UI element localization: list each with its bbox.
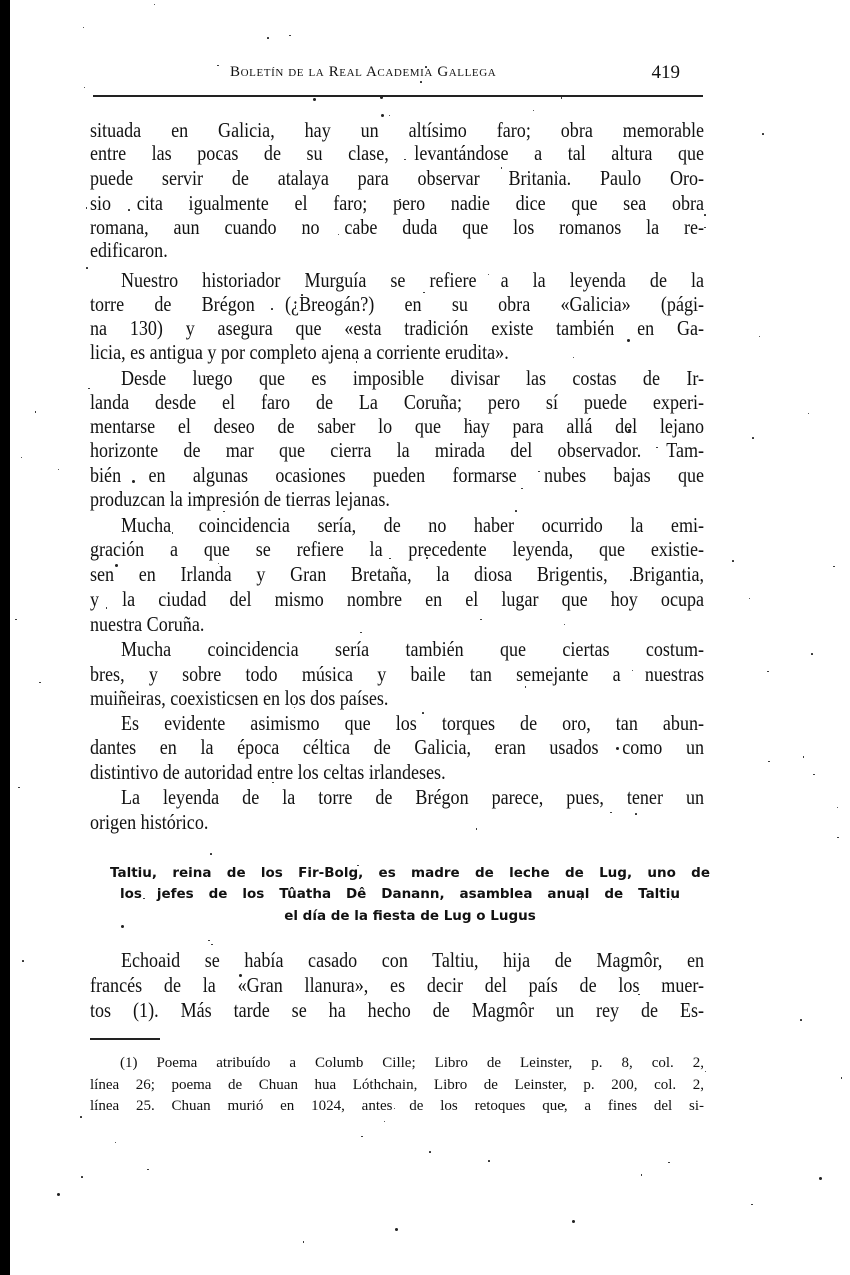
- footnote-line: (1) Poema atribuído a Columb Cille; Libr…: [90, 1053, 704, 1073]
- noise-speck: [15, 619, 17, 621]
- noise-speck: [800, 1019, 802, 1021]
- noise-speck: [813, 774, 815, 776]
- noise-speck: [425, 66, 427, 68]
- noise-speck: [80, 1116, 82, 1118]
- noise-speck: [35, 411, 37, 413]
- text-line: entre las pocas de su clase, levantándos…: [90, 141, 704, 165]
- noise-speck: [58, 469, 60, 471]
- text-line: muiñeiras, coexisticsen en los dos paíse…: [90, 686, 704, 710]
- page-number: 419: [652, 62, 681, 84]
- noise-speck: [837, 807, 839, 809]
- noise-speck: [641, 1174, 643, 1176]
- text-line: Es evidente asimismo que los torques de …: [90, 711, 704, 735]
- section-heading-line: los jefes de los Tûatha Dê Danann, asamb…: [120, 884, 680, 904]
- noise-speck: [581, 898, 583, 900]
- noise-speck: [361, 1136, 363, 1138]
- noise-speck: [381, 114, 384, 117]
- text-line: y la ciudad del mismo nombre en el lugar…: [90, 587, 704, 611]
- noise-speck: [200, 495, 202, 497]
- text-line: produzcan la impresión de tierras lejana…: [90, 487, 704, 511]
- noise-speck: [272, 782, 274, 784]
- text-line: Echoaid se había casado con Taltiu, hija…: [90, 948, 704, 972]
- noise-speck: [81, 1176, 83, 1178]
- noise-speck: [732, 560, 734, 562]
- text-line: La leyenda de la torre de Brégon parece,…: [90, 785, 704, 809]
- noise-speck: [128, 209, 130, 211]
- noise-speck: [115, 1142, 117, 1144]
- scan-edge: [0, 0, 10, 1275]
- noise-speck: [380, 96, 383, 99]
- text-line: puede servir de atalaya para observar Br…: [90, 166, 704, 190]
- noise-speck: [819, 1177, 822, 1180]
- text-line: Nuestro historiador Murguía se refiere a…: [90, 268, 704, 292]
- noise-speck: [86, 267, 88, 269]
- text-line: bres, y sobre todo música y baile tan se…: [90, 662, 704, 686]
- noise-speck: [538, 471, 540, 473]
- running-title: Boletín de la Real Academia Gallega: [230, 64, 496, 81]
- footnote-line: línea 26; poema de Chuan hua Lóthchain, …: [90, 1075, 704, 1095]
- noise-speck: [21, 457, 23, 459]
- footnote-rule: [90, 1038, 160, 1040]
- text-line: na 130) y asegura que «esta tradición ex…: [90, 316, 704, 340]
- text-line: francés de la «Gran llanura», es decir d…: [90, 973, 704, 997]
- text-line: Mucha coincidencia sería, de no haber oc…: [90, 513, 704, 537]
- noise-speck: [57, 1193, 60, 1196]
- noise-speck: [211, 944, 213, 946]
- noise-speck: [803, 756, 805, 758]
- noise-speck: [313, 98, 316, 101]
- noise-speck: [704, 214, 706, 216]
- noise-speck: [668, 1162, 670, 1164]
- noise-speck: [811, 653, 813, 655]
- noise-speck: [422, 712, 424, 714]
- noise-speck: [429, 1151, 431, 1153]
- noise-speck: [616, 747, 619, 750]
- text-line: situada en Galicia, hay un altísimo faro…: [90, 118, 704, 142]
- noise-speck: [106, 607, 108, 609]
- noise-speck: [289, 35, 291, 37]
- noise-speck: [208, 940, 210, 942]
- noise-speck: [808, 413, 810, 415]
- header-rule: [93, 95, 703, 97]
- running-header: Boletín de la Real Academia Gallega 419: [90, 62, 702, 86]
- noise-speck: [635, 813, 637, 815]
- text-line: gración a que se refiere la precedente l…: [90, 537, 704, 561]
- noise-speck: [656, 447, 658, 449]
- text-line: horizonte de mar que cierra la mirada de…: [90, 438, 704, 462]
- noise-speck: [561, 97, 563, 99]
- noise-speck: [84, 87, 86, 89]
- noise-speck: [768, 761, 770, 763]
- noise-speck: [752, 437, 754, 439]
- noise-speck: [627, 339, 630, 342]
- noise-speck: [210, 853, 212, 855]
- noise-speck: [420, 81, 422, 83]
- section-heading-line: el día de la fiesta de Lug o Lugus: [110, 906, 710, 926]
- noise-speck: [638, 994, 640, 996]
- text-line: distintivo de autoridad entre los celtas…: [90, 760, 704, 784]
- noise-speck: [39, 682, 41, 684]
- noise-speck: [88, 388, 90, 390]
- text-line: edificaron.: [90, 238, 704, 262]
- noise-speck: [837, 837, 839, 839]
- noise-speck: [395, 1228, 398, 1231]
- noise-speck: [121, 925, 124, 928]
- noise-speck: [301, 294, 303, 296]
- noise-speck: [476, 828, 478, 830]
- noise-speck: [767, 671, 769, 673]
- noise-speck: [759, 336, 761, 338]
- text-line: romana, aun cuando no cabe duda que los …: [90, 215, 704, 239]
- text-line: dantes en la época céltica de Galicia, e…: [90, 735, 704, 759]
- section-heading-line: Taltiu, reina de los Fir-Bolg, es madre …: [110, 863, 710, 883]
- text-line: licia, es antigua y por completo ajena a…: [90, 340, 704, 364]
- text-line: Desde luego que es imposible divisar las…: [90, 366, 704, 390]
- noise-speck: [384, 1121, 386, 1123]
- text-line: mentarse el deseo de saber lo que hay pa…: [90, 414, 704, 438]
- noise-speck: [630, 579, 632, 581]
- noise-speck: [515, 510, 517, 512]
- noise-speck: [22, 960, 24, 962]
- noise-speck: [86, 207, 88, 209]
- noise-speck: [147, 1169, 149, 1171]
- noise-speck: [762, 133, 764, 135]
- noise-speck: [751, 1204, 753, 1206]
- noise-speck: [841, 1077, 843, 1079]
- text-line: bién en algunas ocasiones pueden formars…: [90, 463, 704, 487]
- text-line: sio cita igualmente el faro; pero nadie …: [90, 191, 704, 215]
- text-line: tos (1). Más tarde se ha hecho de Magmôr…: [90, 998, 704, 1022]
- noise-speck: [267, 37, 269, 39]
- text-line: torre de Brégon (¿Breogán?) en su obra «…: [90, 292, 704, 316]
- text-line: landa desde el faro de La Coruña; pero s…: [90, 390, 704, 414]
- text-line: sen en Irlanda y Gran Bretaña, la diosa …: [90, 562, 704, 586]
- noise-speck: [533, 110, 535, 112]
- noise-speck: [833, 566, 835, 568]
- text-line: origen histórico.: [90, 810, 704, 834]
- noise-speck: [303, 1241, 305, 1243]
- noise-speck: [223, 511, 225, 513]
- noise-speck: [154, 4, 156, 6]
- noise-speck: [426, 557, 428, 559]
- noise-speck: [488, 1160, 490, 1162]
- text-line: Mucha coincidencia sería también que cie…: [90, 637, 704, 661]
- noise-speck: [488, 274, 490, 276]
- noise-speck: [469, 420, 471, 422]
- noise-speck: [18, 787, 20, 789]
- noise-speck: [572, 1220, 575, 1223]
- noise-speck: [704, 227, 706, 229]
- noise-speck: [83, 27, 85, 29]
- text-line: nuestra Coruña.: [90, 612, 704, 636]
- noise-speck: [563, 1104, 565, 1106]
- noise-speck: [749, 598, 751, 600]
- noise-speck: [389, 115, 391, 117]
- noise-speck: [705, 1071, 707, 1073]
- footnote-line: línea 25. Chuan murió en 1024, antes de …: [90, 1096, 704, 1116]
- noise-speck: [271, 308, 273, 310]
